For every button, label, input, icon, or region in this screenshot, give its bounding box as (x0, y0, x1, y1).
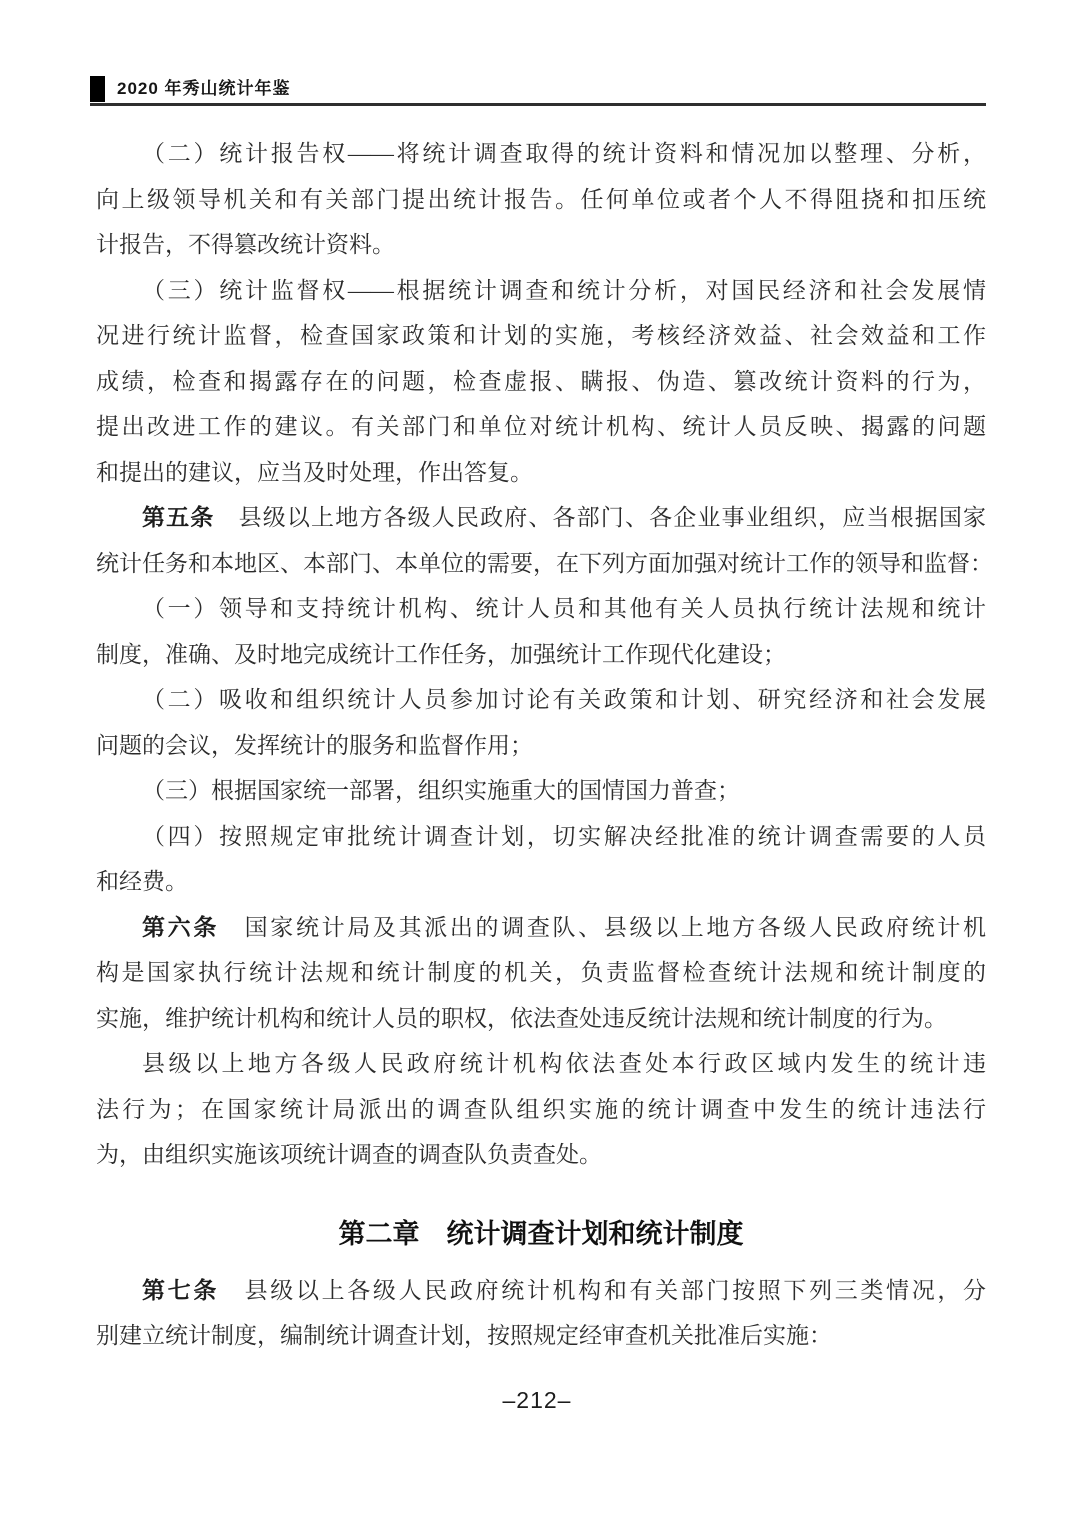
text-line: 向上级领导机关和有关部门提出统计报告。任何单位或者个人不得阻挠和扣压统 (96, 177, 986, 223)
page-number: –212– (0, 1387, 1074, 1414)
text-line: 第七条 县级以上各级人民政府统计机构和有关部门按照下列三类情况，分 (96, 1268, 986, 1314)
document-body: （二）统计报告权——将统计调查取得的统计资料和情况加以整理、分析，向上级领导机关… (96, 131, 986, 1359)
article-number: 第五条 (142, 505, 214, 530)
chapter-heading: 第二章 统计调查计划和统计制度 (96, 1209, 986, 1259)
text-line: 和经费。 (96, 859, 986, 905)
text-line: （四）按照规定审批统计调查计划，切实解决经批准的统计调查需要的人员 (96, 814, 986, 860)
paragraph: （二）统计报告权——将统计调查取得的统计资料和情况加以整理、分析，向上级领导机关… (96, 131, 986, 268)
text-line: （一）领导和支持统计机构、统计人员和其他有关人员执行统计法规和统计 (96, 586, 986, 632)
paragraph: （三）根据国家统一部署，组织实施重大的国情国力普查； (96, 768, 986, 814)
paragraph: （一）领导和支持统计机构、统计人员和其他有关人员执行统计法规和统计制度，准确、及… (96, 586, 986, 677)
text-line: 为，由组织实施该项统计调查的调查队负责查处。 (96, 1132, 986, 1178)
text-line: 成绩，检查和揭露存在的问题，检查虚报、瞒报、伪造、篡改统计资料的行为， (96, 359, 986, 405)
article-number: 第七条 (142, 1278, 219, 1303)
text-line: 计报告，不得篡改统计资料。 (96, 222, 986, 268)
text-line: 况进行统计监督，检查国家政策和计划的实施，考核经济效益、社会效益和工作 (96, 313, 986, 359)
text-line: （二）统计报告权——将统计调查取得的统计资料和情况加以整理、分析， (96, 131, 986, 177)
text-line: 统计任务和本地区、本部门、本单位的需要，在下列方面加强对统计工作的领导和监督： (96, 541, 986, 587)
text-line: 提出改进工作的建议。有关部门和单位对统计机构、统计人员反映、揭露的问题 (96, 404, 986, 450)
paragraph: 第五条 县级以上地方各级人民政府、各部门、各企业事业组织，应当根据国家统计任务和… (96, 495, 986, 586)
text-line: 和提出的建议，应当及时处理，作出答复。 (96, 450, 986, 496)
document-page: 2020 年秀山统计年鉴 （二）统计报告权——将统计调查取得的统计资料和情况加以… (0, 0, 1074, 1520)
header-title: 2020 年秀山统计年鉴 (117, 76, 291, 102)
text-line: 第五条 县级以上地方各级人民政府、各部门、各企业事业组织，应当根据国家 (96, 495, 986, 541)
text-line: （三）统计监督权——根据统计调查和统计分析，对国民经济和社会发展情 (96, 268, 986, 314)
text-line: 别建立统计制度，编制统计调查计划，按照规定经审查机关批准后实施： (96, 1313, 986, 1359)
text-line: 法行为；在国家统计局派出的调查队组织实施的统计调查中发生的统计违法行 (96, 1087, 986, 1133)
page-header: 2020 年秀山统计年鉴 (90, 76, 986, 106)
paragraph: （二）吸收和组织统计人员参加讨论有关政策和计划、研究经济和社会发展问题的会议，发… (96, 677, 986, 768)
text-line: （三）根据国家统一部署，组织实施重大的国情国力普查； (96, 768, 986, 814)
paragraph: （三）统计监督权——根据统计调查和统计分析，对国民经济和社会发展情况进行统计监督… (96, 268, 986, 496)
paragraph: 第六条 国家统计局及其派出的调查队、县级以上地方各级人民政府统计机构是国家执行统… (96, 905, 986, 1042)
text-line: 实施，维护统计机构和统计人员的职权，依法查处违反统计法规和统计制度的行为。 (96, 996, 986, 1042)
text-line: 问题的会议，发挥统计的服务和监督作用； (96, 723, 986, 769)
text-line: 制度，准确、及时地完成统计工作任务，加强统计工作现代化建设； (96, 632, 986, 678)
paragraph: （四）按照规定审批统计调查计划，切实解决经批准的统计调查需要的人员和经费。 (96, 814, 986, 905)
text-line: 第六条 国家统计局及其派出的调查队、县级以上地方各级人民政府统计机 (96, 905, 986, 951)
text-line: 县级以上地方各级人民政府统计机构依法查处本行政区域内发生的统计违 (96, 1041, 986, 1087)
paragraph: 县级以上地方各级人民政府统计机构依法查处本行政区域内发生的统计违法行为；在国家统… (96, 1041, 986, 1178)
text-line: （二）吸收和组织统计人员参加讨论有关政策和计划、研究经济和社会发展 (96, 677, 986, 723)
article-number: 第六条 (142, 915, 219, 940)
header-square-marker-icon (90, 76, 105, 102)
paragraph: 第七条 县级以上各级人民政府统计机构和有关部门按照下列三类情况，分别建立统计制度… (96, 1268, 986, 1359)
text-line: 构是国家执行统计法规和统计制度的机关，负责监督检查统计法规和统计制度的 (96, 950, 986, 996)
